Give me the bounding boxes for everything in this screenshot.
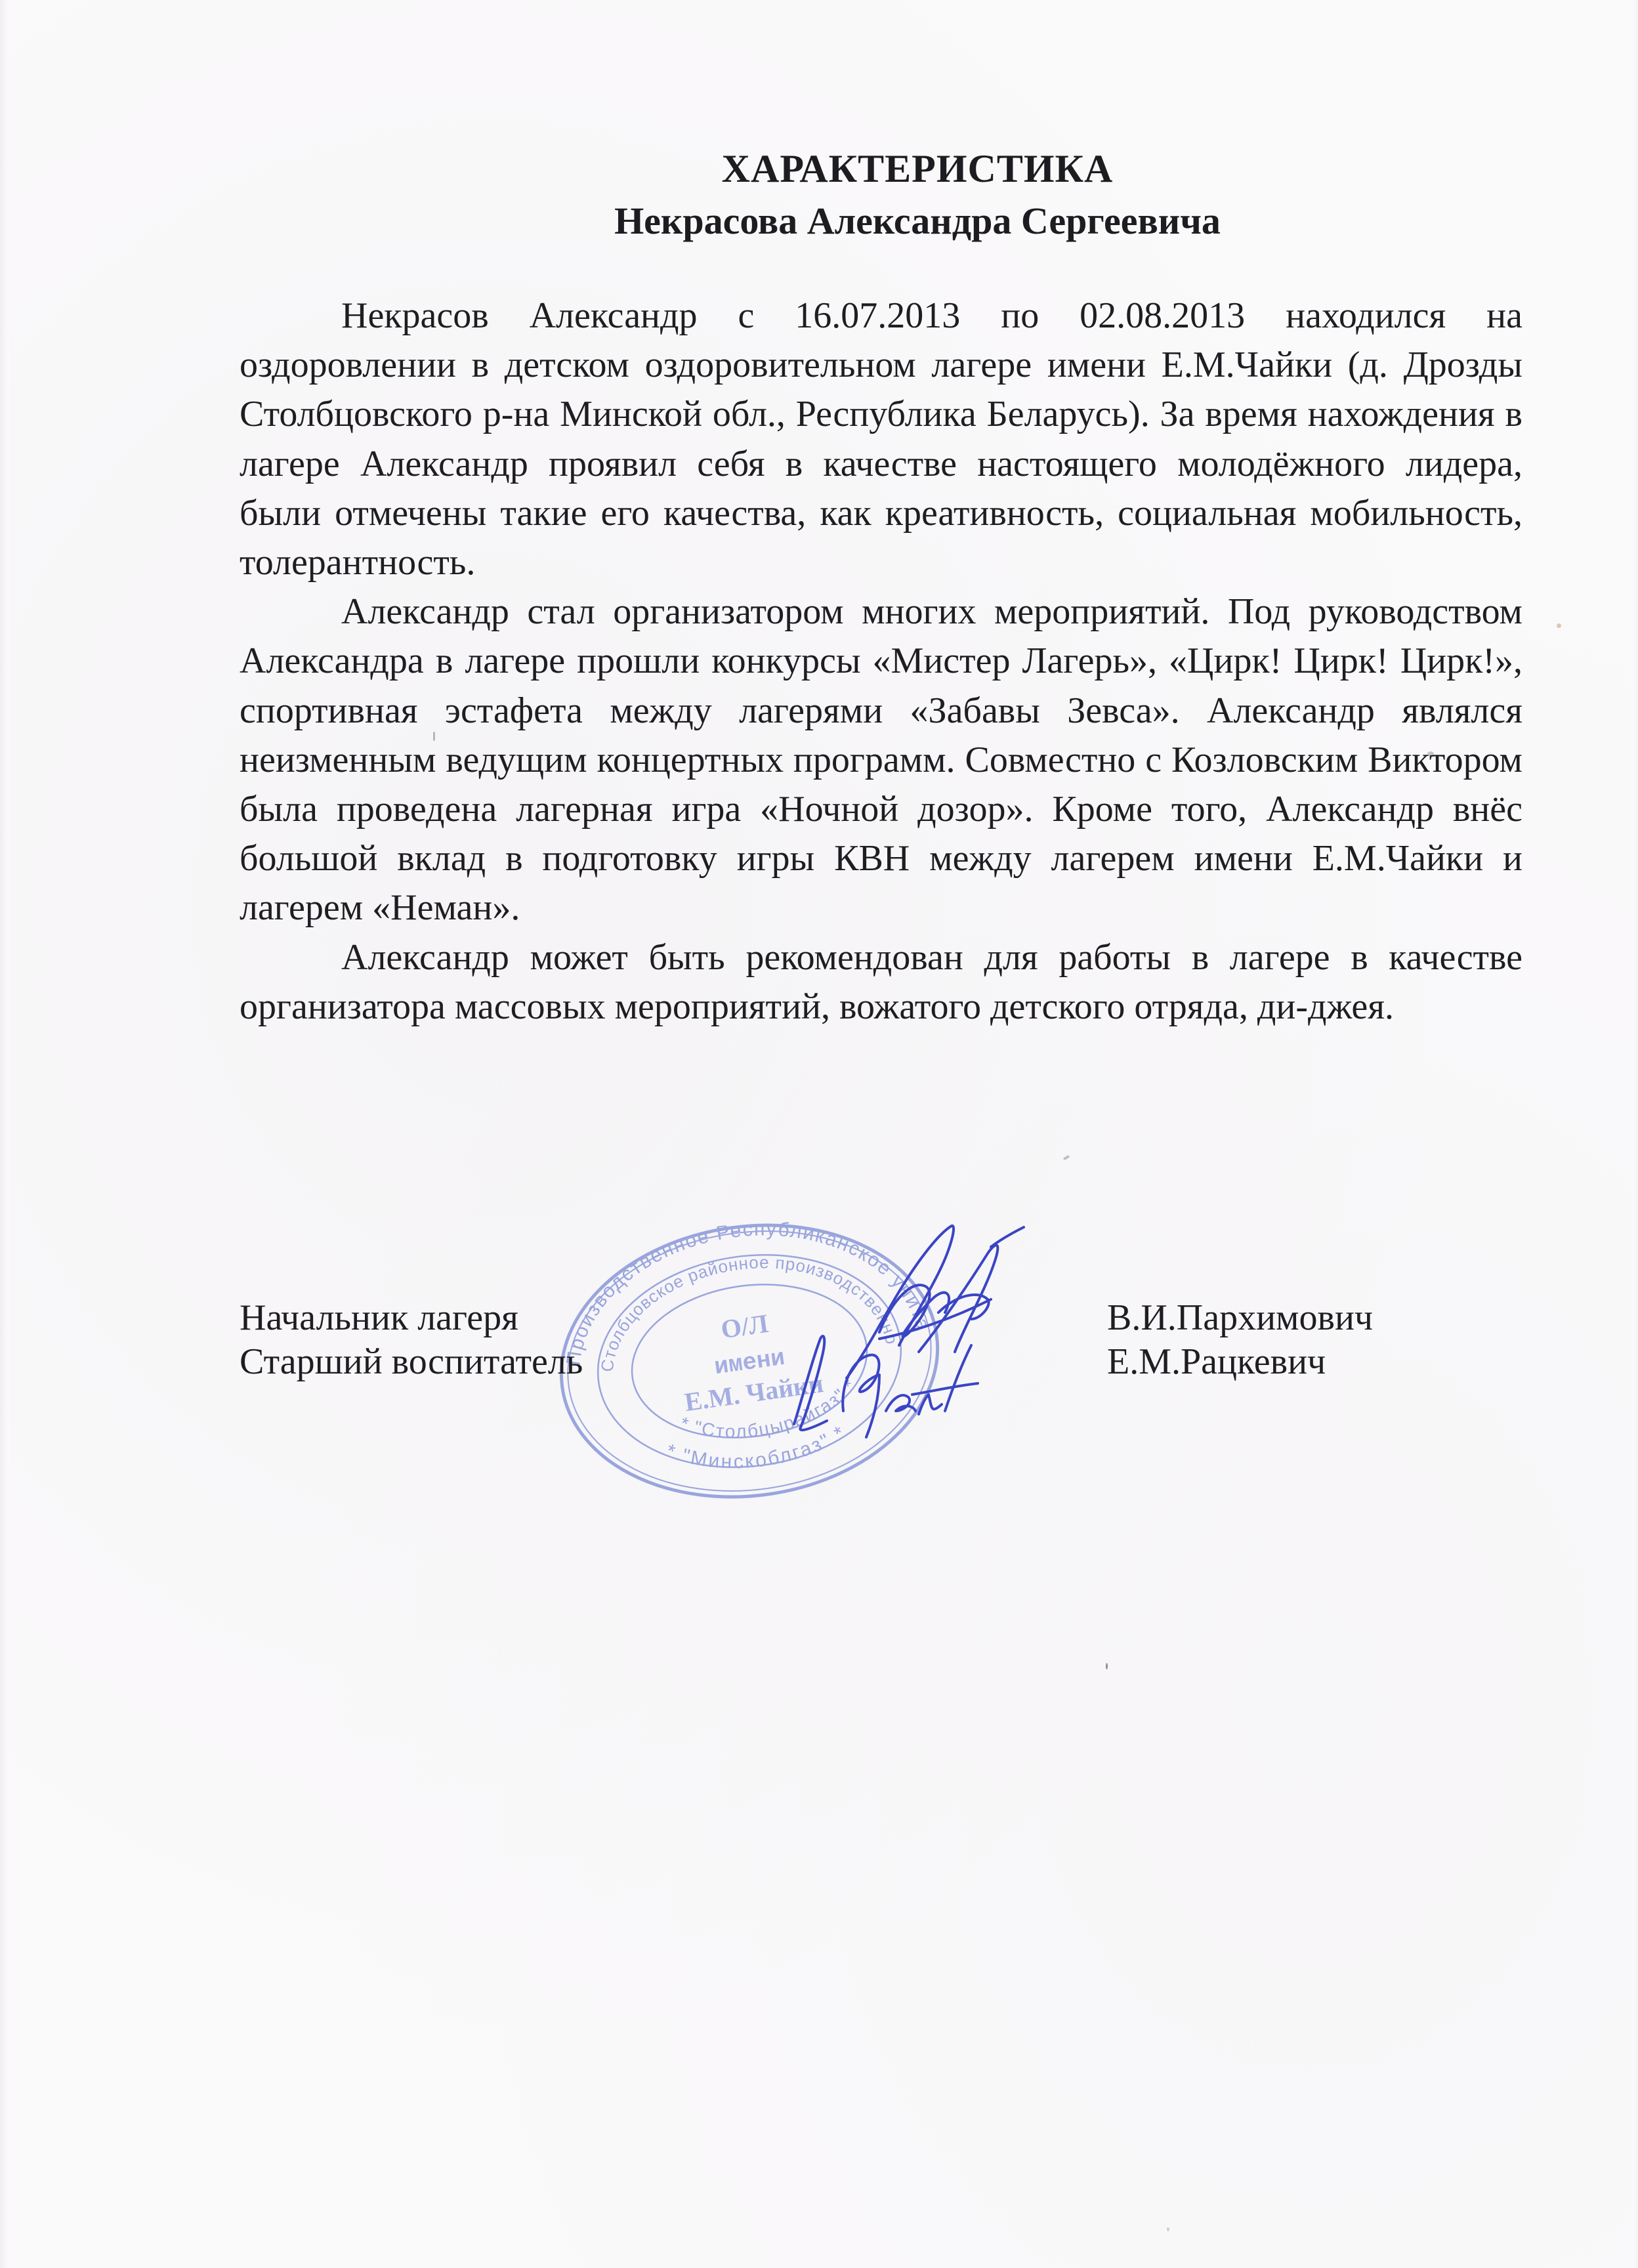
scan-speck: [1106, 1663, 1108, 1669]
paragraph: Некрасов Александр с 16.07.2013 по 02.08…: [240, 291, 1522, 587]
scan-speck: [1427, 751, 1434, 755]
signature-senior-educator: [781, 1312, 984, 1444]
paragraph: Александр может быть рекомендован для ра…: [240, 933, 1522, 1032]
document-subtitle: Некрасова Александра Сергеевича: [0, 198, 1638, 244]
scanned-page: ХАРАКТЕРИСТИКА Некрасова Александра Серг…: [0, 0, 1638, 2268]
scan-edge-left: [0, 0, 9, 2268]
signatory-role: Начальник лагеря: [240, 1296, 518, 1340]
paragraph: Александр стал организатором многих меро…: [240, 587, 1522, 933]
scan-speck: [1557, 623, 1561, 628]
document-body: Некрасов Александр с 16.07.2013 по 02.08…: [240, 291, 1522, 1032]
document-title: ХАРАКТЕРИСТИКА: [0, 146, 1638, 192]
signatory-name: Е.М.Рацкевич: [1107, 1340, 1326, 1384]
signatory-name: В.И.Пархимович: [1107, 1296, 1373, 1340]
scan-speck: [1063, 1155, 1070, 1160]
scan-speck: [1167, 2227, 1169, 2231]
signatory-role: Старший воспитатель: [240, 1340, 583, 1384]
scan-speck: [433, 732, 435, 741]
scan-edge-right: [1633, 0, 1638, 2268]
